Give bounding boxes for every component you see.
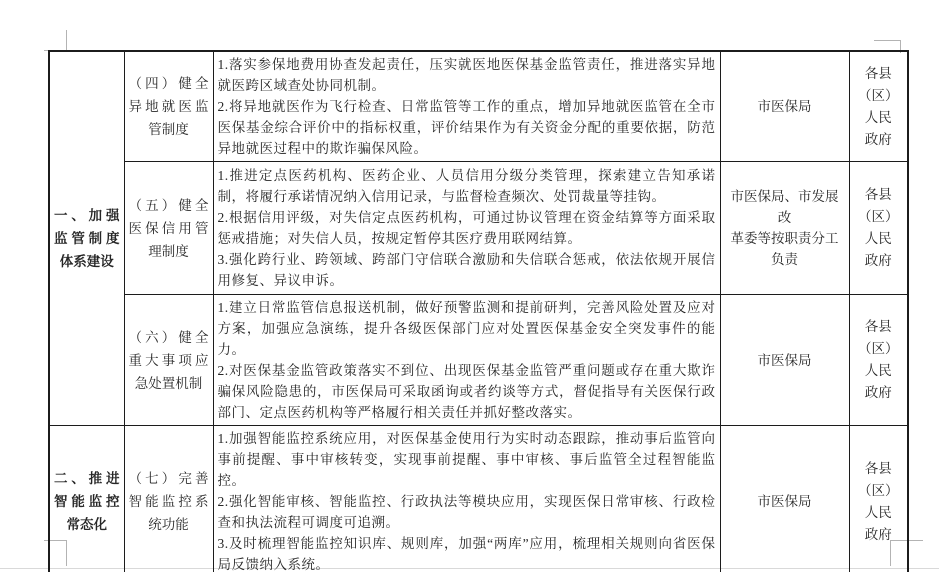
measure-paragraph: 1.落实参保地费用协查发起责任，压实就医地医保基金监管责任，推进落实异地就医跨区… [218, 54, 716, 96]
department-cell-5: 市医保局、市发展改 革委等按职责分工 负责 [720, 162, 849, 295]
supervision-policy-table: 一、加强监管制度体系建设 （四）健全异地就医监管制度 1.落实参保地费用协查发起… [48, 50, 909, 572]
item-cell-5: （五）健全医保信用管理制度 [124, 162, 213, 295]
measures-cell-4: 1.落实参保地费用协查发起责任，压实就医地医保基金监管责任，推进落实异地就医跨区… [213, 51, 720, 162]
measures-cell-7: 1.加强智能监控系统应用，对医保基金使用行为实时动态跟踪，推动事后监管向事前提醒… [213, 426, 720, 572]
department-cell-6: 市医保局 [720, 295, 849, 426]
item-cell-6: （六）健全重大事项应急处置机制 [124, 295, 213, 426]
measure-paragraph: 2.根据信用评级，对失信定点医药机构，可通过协议管理在资金结算等方面采取惩戒措施… [218, 207, 716, 249]
section-cell-1: 一、加强监管制度体系建设 [49, 51, 124, 426]
department-cell-4: 市医保局 [720, 51, 849, 162]
department-cell-7: 市医保局 [720, 426, 849, 572]
table-row-4: 二、推进智能监控常态化 （七）完善智能监控系统功能 1.加强智能监控系统应用，对… [49, 426, 908, 572]
table-row-3: （六）健全重大事项应急处置机制 1.建立日常监管信息报送机制，做好预警监测和提前… [49, 295, 908, 426]
local-gov-cell-7: 各县 （区） 人民 政府 [849, 426, 908, 572]
measure-paragraph: 1.建立日常监管信息报送机制，做好预警监测和提前研判，完善风险处置及应对方案，加… [218, 297, 716, 360]
table-row-1: 一、加强监管制度体系建设 （四）健全异地就医监管制度 1.落实参保地费用协查发起… [49, 51, 908, 162]
measure-paragraph: 2.强化智能审核、智能监控、行政执法等模块应用，实现医保日常审核、行政检查和执法… [218, 491, 716, 533]
local-gov-cell-5: 各县 （区） 人民 政府 [849, 162, 908, 295]
measure-paragraph: 3.强化跨行业、跨领域、跨部门守信联合激励和失信联合惩戒，依法依规开展信用修复、… [218, 249, 716, 291]
measure-paragraph: 3.及时梳理智能监控知识库、规则库，加强“两库”应用，梳理相关规则向省医保局反馈… [218, 533, 716, 572]
document-page: 一、加强监管制度体系建设 （四）健全异地就医监管制度 1.落实参保地费用协查发起… [0, 0, 939, 572]
item-cell-4: （四）健全异地就医监管制度 [124, 51, 213, 162]
table-row-2: （五）健全医保信用管理制度 1.推进定点医药机构、医药企业、人员信用分级分类管理… [49, 162, 908, 295]
measure-paragraph: 2.对医保基金监管政策落实不到位、出现医保基金监管严重问题或存在重大欺诈骗保风险… [218, 360, 716, 423]
page-margin-mark-top-left [44, 30, 67, 51]
local-gov-cell-6: 各县 （区） 人民 政府 [849, 295, 908, 426]
measure-paragraph: 1.加强智能监控系统应用，对医保基金使用行为实时动态跟踪，推动事后监管向事前提醒… [218, 428, 716, 491]
measure-paragraph: 1.推进定点医药机构、医药企业、人员信用分级分类管理，探索建立告知承诺制，将履行… [218, 165, 716, 207]
section-cell-2: 二、推进智能监控常态化 [49, 426, 124, 572]
measures-cell-6: 1.建立日常监管信息报送机制，做好预警监测和提前研判，完善风险处置及应对方案，加… [213, 295, 720, 426]
measures-cell-5: 1.推进定点医药机构、医药企业、人员信用分级分类管理，探索建立告知承诺制，将履行… [213, 162, 720, 295]
item-cell-7: （七）完善智能监控系统功能 [124, 426, 213, 572]
local-gov-cell-4: 各县 （区） 人民 政府 [849, 51, 908, 162]
measure-paragraph: 2.将异地就医作为飞行检查、日常监管等工作的重点，增加异地就医监管在全市医保基金… [218, 96, 716, 159]
